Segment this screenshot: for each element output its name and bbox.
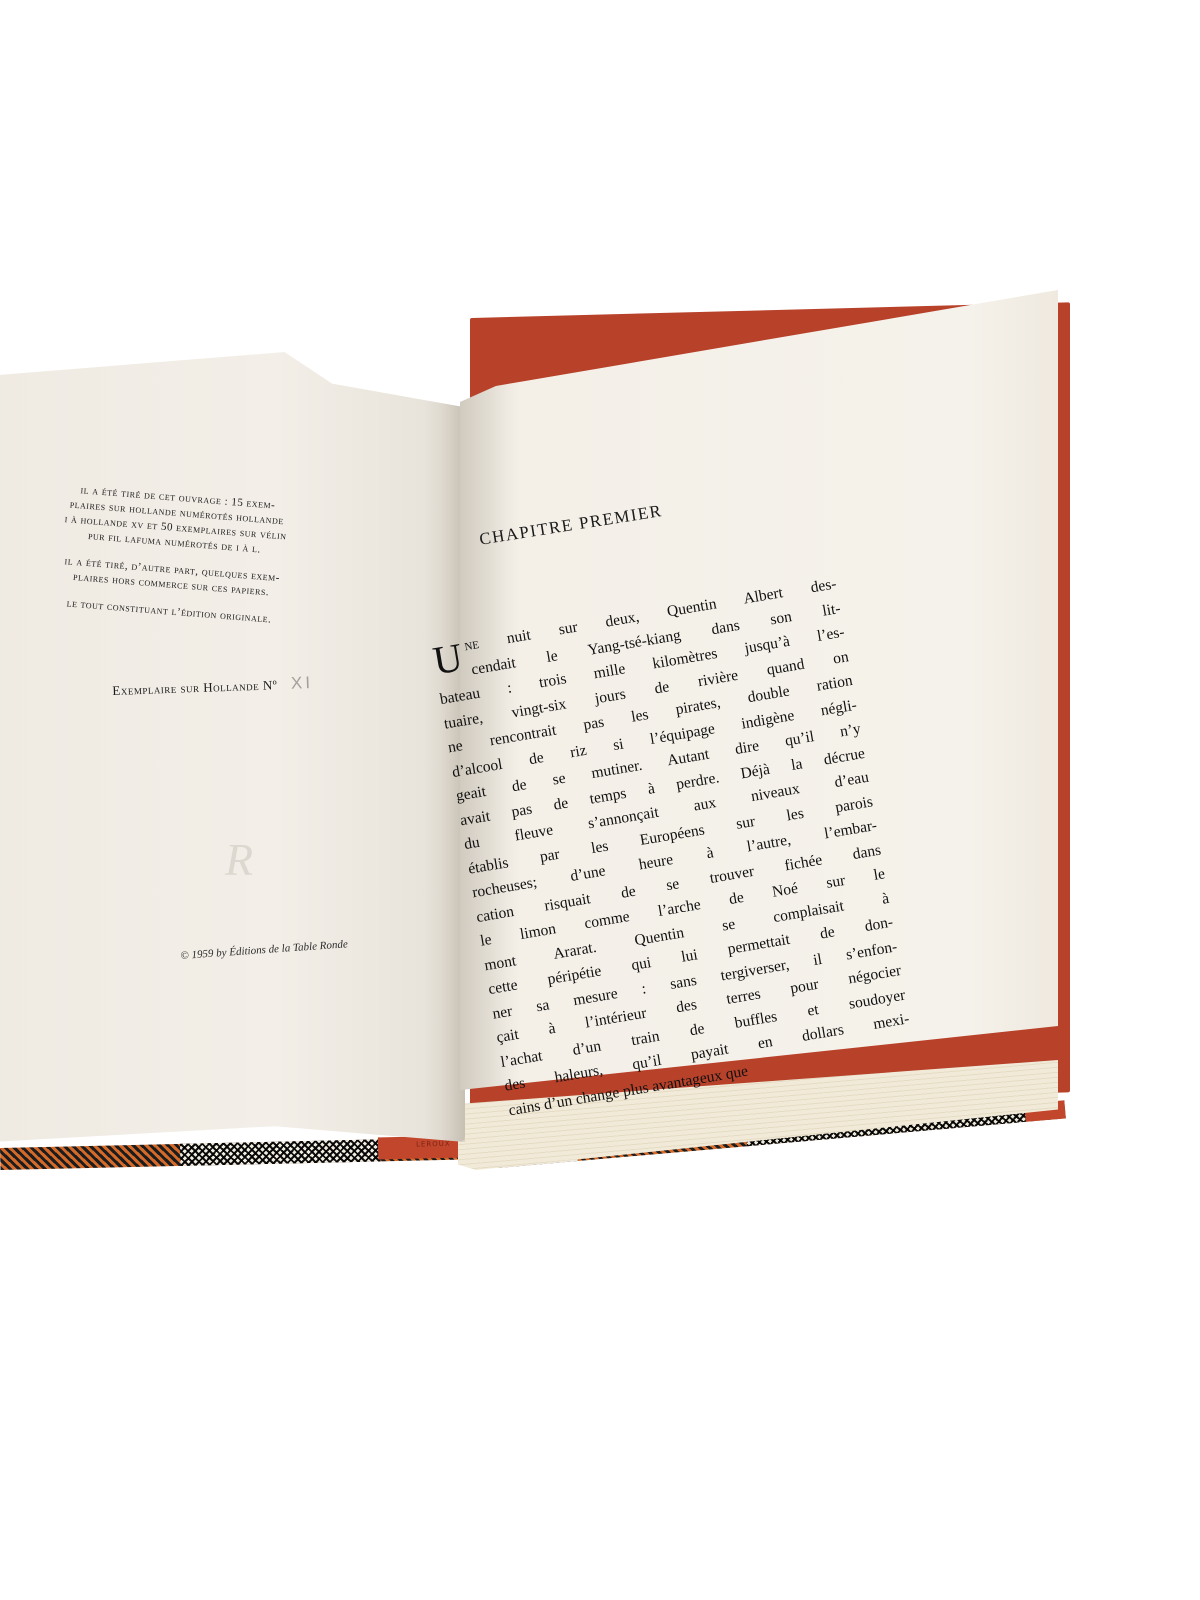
chapter-body-text: U ne nuit sur deux, Quentin Albert des- … xyxy=(430,572,915,1123)
spine-left-label: LEROUX xyxy=(416,1140,451,1149)
left-page xyxy=(0,352,465,1142)
spine-left-binding: LEROUX xyxy=(0,1137,470,1170)
copy-number-stamp: XI xyxy=(291,673,314,693)
spine-pattern-black-white xyxy=(180,1139,380,1166)
book-photo-scene: LEROUX 1960 il a été tiré de cet ouvrage… xyxy=(0,0,1200,1600)
publisher-monogram-icon: R xyxy=(225,835,265,885)
copy-label: Exemplaire sur Hollande Nº xyxy=(112,677,277,698)
colophon-text: il a été tiré de cet ouvrage : 15 exem- … xyxy=(3,478,343,644)
drop-cap: U xyxy=(430,637,465,681)
